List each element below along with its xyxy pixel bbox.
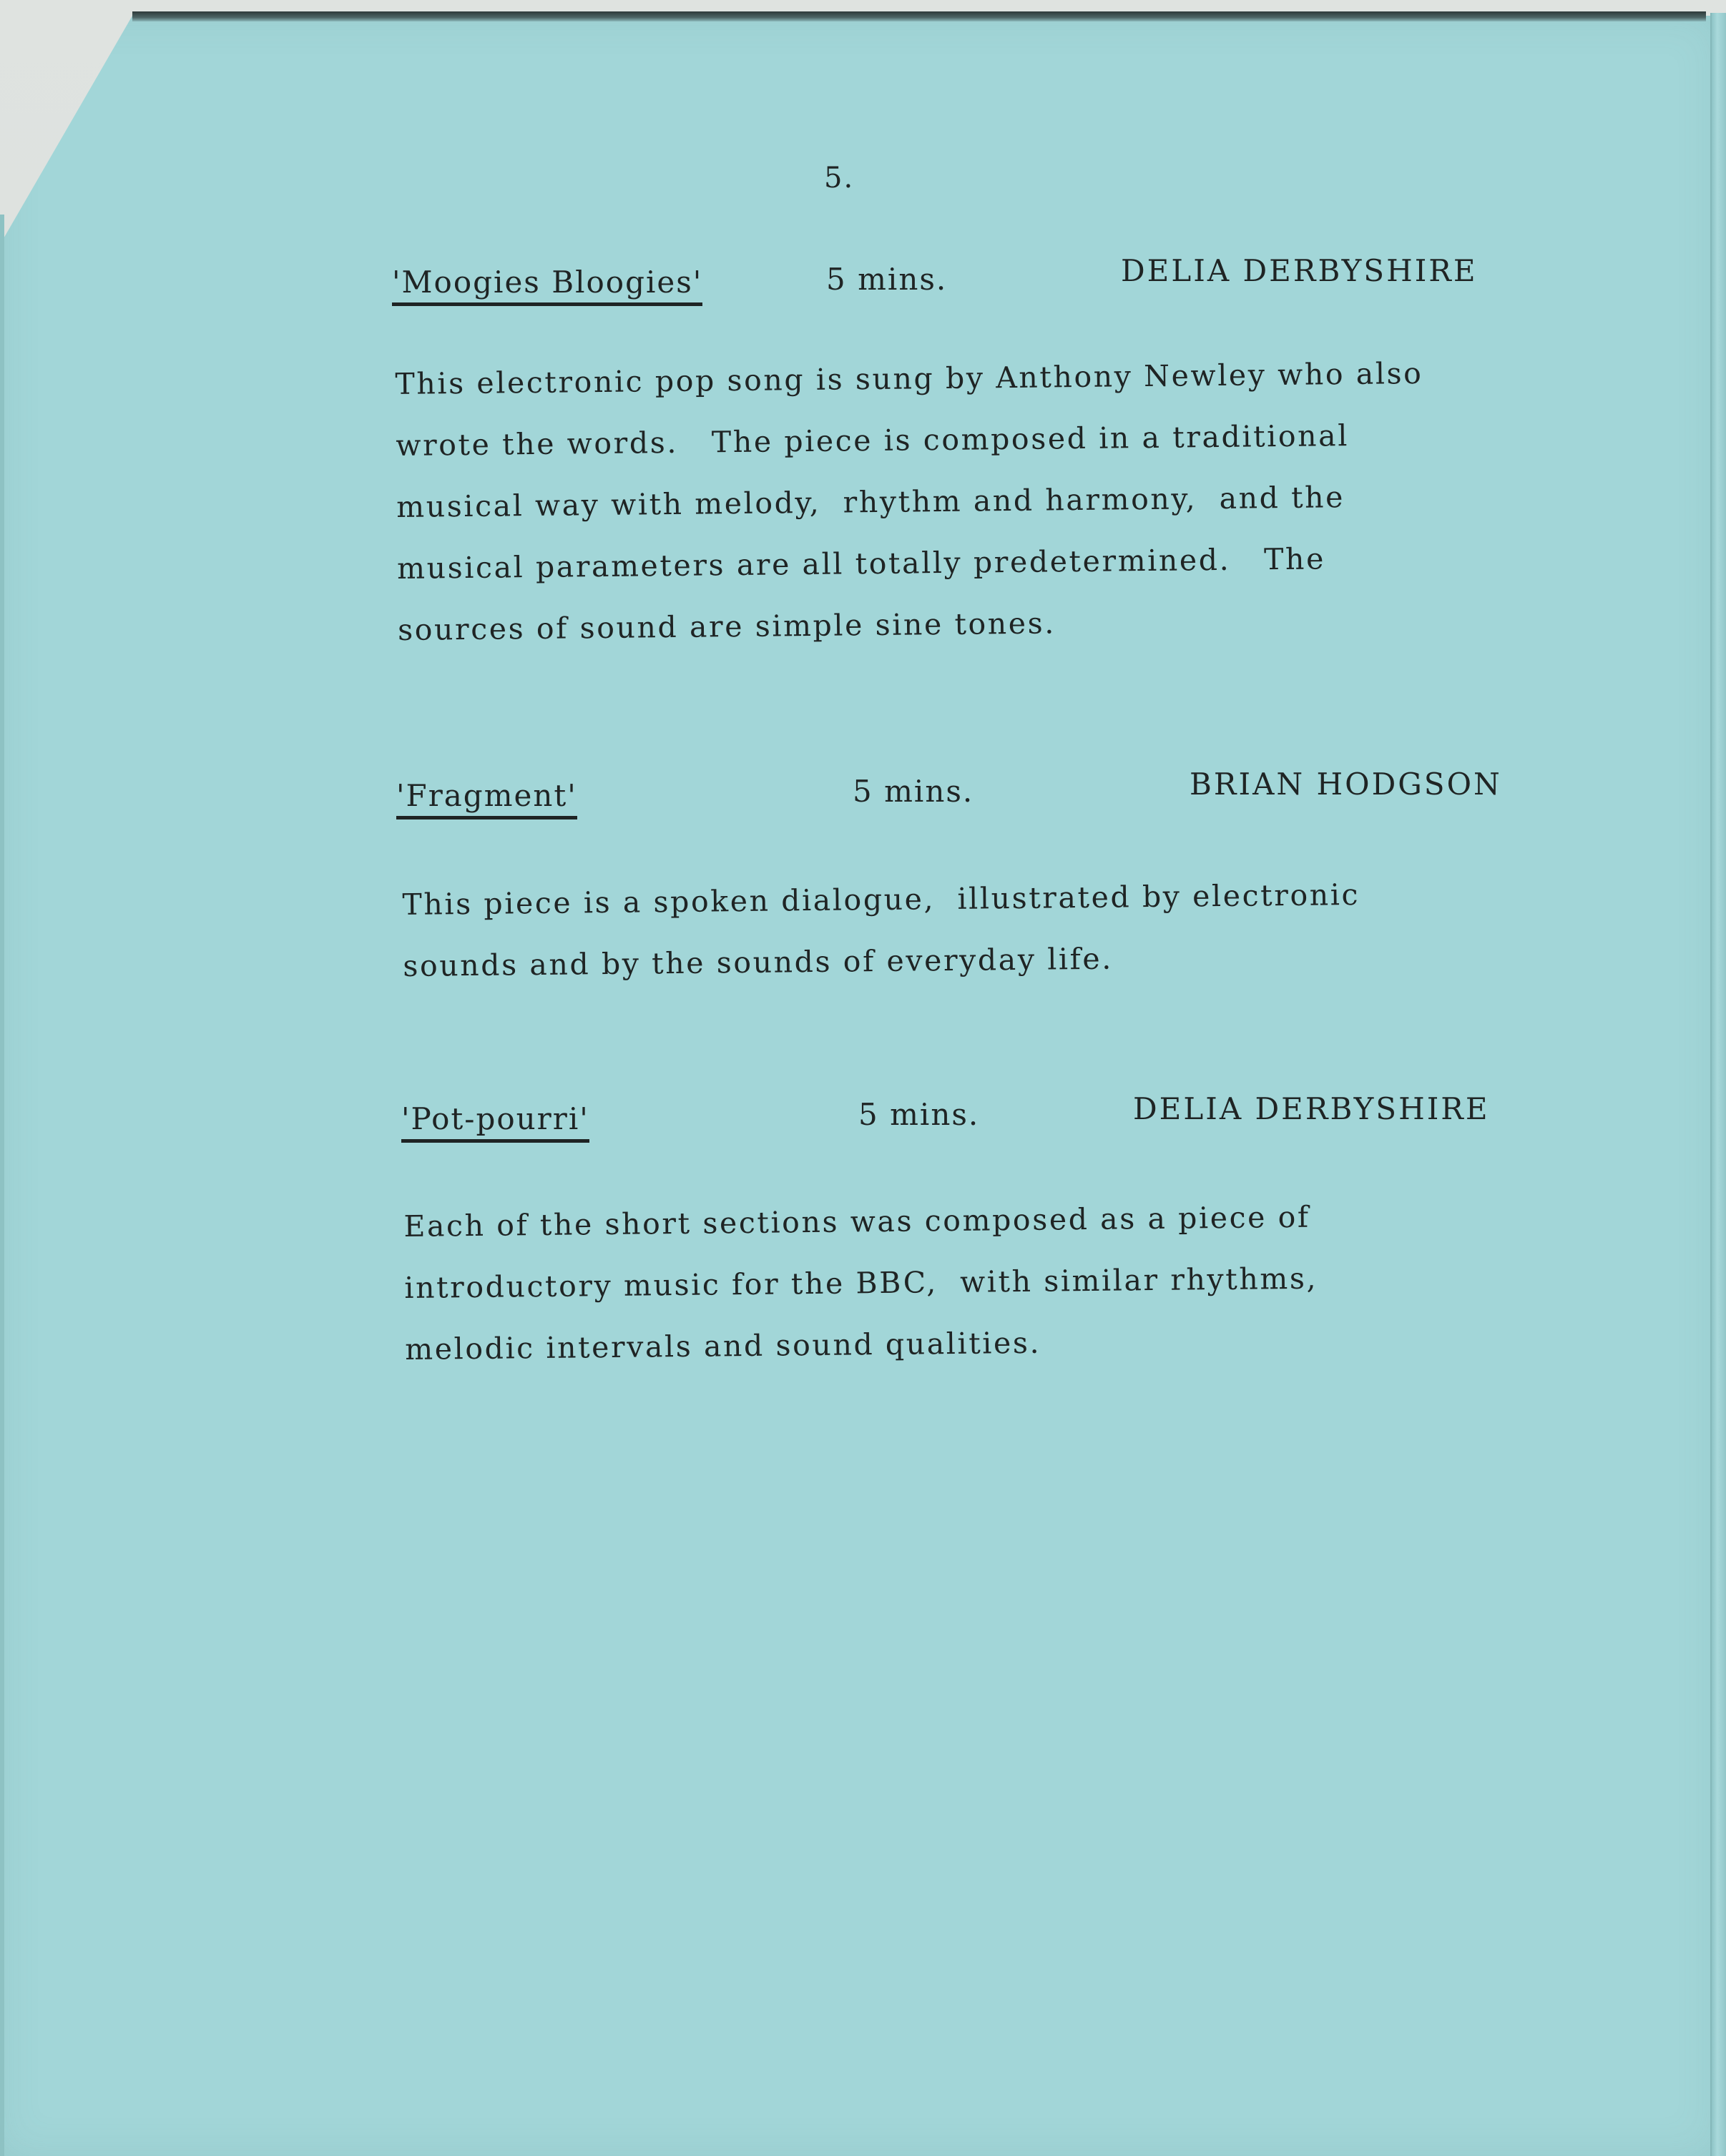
piece-duration: 5 mins.: [826, 262, 947, 297]
composer-name: DELIA DERBYSHIRE: [1121, 253, 1478, 288]
piece-title: 'Moogies Bloogies': [392, 265, 702, 306]
piece-title: 'Pot-pourri': [401, 1101, 589, 1143]
description-line: wrote the words. The piece is composed i…: [396, 404, 1424, 476]
piece-description: Each of the short sections was composed …: [403, 1186, 1318, 1380]
piece-title: 'Fragment': [396, 778, 577, 819]
description-line: sounds and by the sounds of everyday lif…: [403, 925, 1360, 997]
piece-description: This electronic pop song is sung by Anth…: [395, 343, 1426, 661]
description-line: introductory music for the BBC, with sim…: [404, 1248, 1318, 1319]
composer-name: BRIAN HODGSON: [1190, 767, 1502, 802]
piece-duration: 5 mins.: [853, 774, 974, 809]
description-line: musical way with melody, rhythm and harm…: [396, 466, 1425, 538]
piece-duration: 5 mins.: [858, 1097, 979, 1132]
description-line: melodic intervals and sound qualities.: [405, 1309, 1319, 1380]
description-line: sources of sound are simple sine tones.: [398, 589, 1426, 661]
description-line: This piece is a spoken dialogue, illustr…: [402, 864, 1360, 935]
description-line: This electronic pop song is sung by Anth…: [395, 343, 1423, 415]
description-line: musical parameters are all totally prede…: [397, 527, 1426, 599]
description-line: Each of the short sections was composed …: [403, 1186, 1318, 1257]
piece-description: This piece is a spoken dialogue, illustr…: [402, 864, 1360, 997]
page-content: 5. 'Moogies Bloogies' 5 mins. DELIA DERB…: [0, 0, 1726, 2156]
page-number: 5.: [824, 162, 854, 195]
composer-name: DELIA DERBYSHIRE: [1133, 1091, 1490, 1126]
